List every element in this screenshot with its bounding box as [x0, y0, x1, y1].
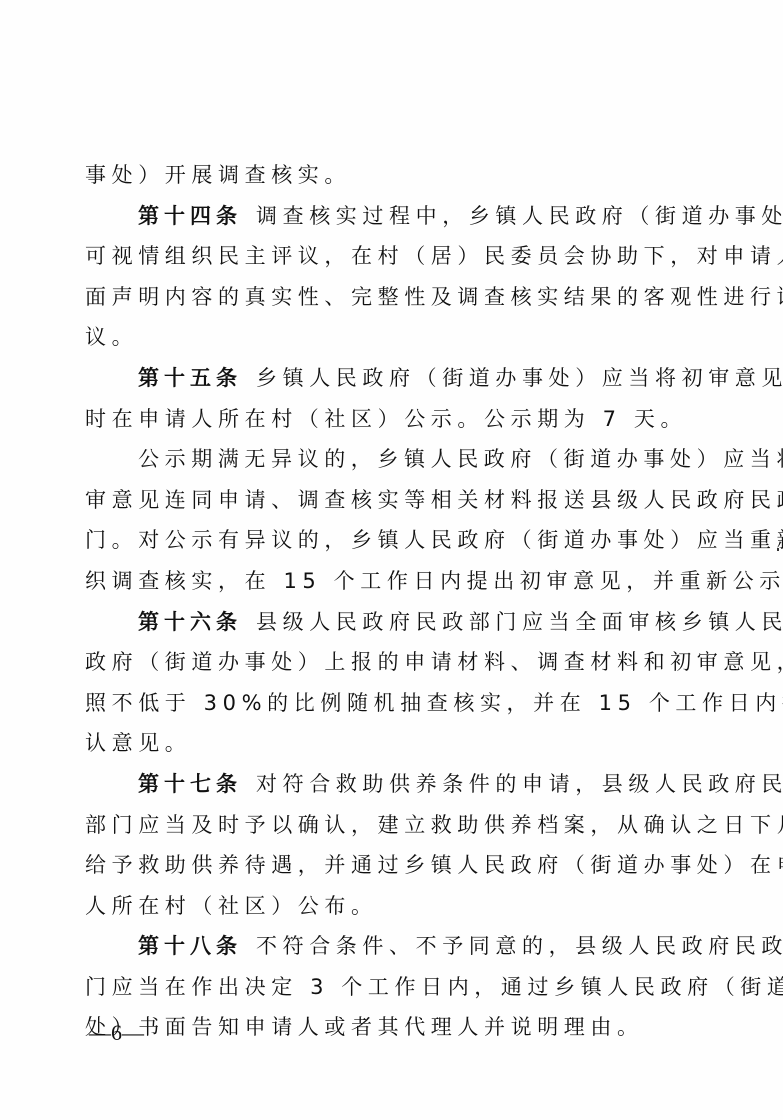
text-line: 可视情组织民主评议，在村（居）民委员会协助下，对申请人书	[85, 243, 685, 284]
paragraph-start-line: 公示期满无异议的，乡镇人民政府（街道办事处）应当将初	[85, 446, 685, 487]
document-body: 事处）开展调查核实。 第十四条调查核实过程中，乡镇人民政府（街道办事处） 可视情…	[85, 162, 685, 1055]
line-text: 县级人民政府民政部门应当全面审核乡镇人民	[256, 610, 783, 634]
line-text: 政府（街道办事处）上报的申请材料、调查材料和初审意见，按	[85, 650, 783, 674]
text-line: 事处）开展调查核实。	[85, 162, 685, 203]
line-text: 事处）开展调查核实。	[85, 163, 351, 187]
text-line: 时在申请人所在村（社区）公示。公示期为 7 天。	[85, 406, 685, 447]
line-text: 处）书面告知申请人或者其代理人并说明理由。	[85, 1015, 644, 1039]
text-line: 审意见连同申请、调查核实等相关材料报送县级人民政府民政部	[85, 487, 685, 528]
text-line: 面声明内容的真实性、完整性及调查核实结果的客观性进行评	[85, 284, 685, 325]
line-text: 照不低于 30%的比例随机抽查核实，并在 15 个工作日内提出确	[85, 691, 783, 715]
line-text: 时在申请人所在村（社区）公示。公示期为 7 天。	[85, 407, 687, 431]
text-line: 人所在村（社区）公布。	[85, 893, 685, 934]
text-line: 认意见。	[85, 730, 685, 771]
line-text: 不符合条件、不予同意的，县级人民政府民政部	[256, 934, 783, 958]
line-text: 可视情组织民主评议，在村（居）民委员会协助下，对申请人书	[85, 244, 783, 268]
text-line: 政府（街道办事处）上报的申请材料、调查材料和初审意见，按	[85, 649, 685, 690]
text-line: 门。对公示有异议的，乡镇人民政府（街道办事处）应当重新组	[85, 527, 685, 568]
line-text: 门应当在作出决定 3 个工作日内，通过乡镇人民政府（街道办事	[85, 975, 783, 999]
line-text: 议。	[85, 325, 138, 349]
article-number: 第十四条	[138, 204, 242, 228]
text-line: 门应当在作出决定 3 个工作日内，通过乡镇人民政府（街道办事	[85, 974, 685, 1015]
line-text: 审意见连同申请、调查核实等相关材料报送县级人民政府民政部	[85, 488, 783, 512]
scan-artifact	[777, 548, 779, 551]
text-line: 照不低于 30%的比例随机抽查核实，并在 15 个工作日内提出确	[85, 690, 685, 731]
line-text: 织调查核实，在 15 个工作日内提出初审意见，并重新公示。	[85, 569, 783, 593]
line-text: 对符合救助供养条件的申请，县级人民政府民政	[256, 772, 783, 796]
article-number: 第十六条	[138, 610, 242, 634]
article-17-heading-line: 第十七条对符合救助供养条件的申请，县级人民政府民政	[85, 771, 685, 812]
text-line: 部门应当及时予以确认，建立救助供养档案，从确认之日下月起	[85, 812, 685, 853]
text-line: 处）书面告知申请人或者其代理人并说明理由。	[85, 1014, 685, 1055]
text-line: 织调查核实，在 15 个工作日内提出初审意见，并重新公示。	[85, 568, 685, 609]
article-15-heading-line: 第十五条乡镇人民政府（街道办事处）应当将初审意见及	[85, 365, 685, 406]
line-text: 乡镇人民政府（街道办事处）应当将初审意见及	[256, 366, 783, 390]
document-page: 事处）开展调查核实。 第十四条调查核实过程中，乡镇人民政府（街道办事处） 可视情…	[0, 0, 783, 1120]
line-text: 给予救助供养待遇，并通过乡镇人民政府（街道办事处）在申请	[85, 853, 783, 877]
line-text: 调查核实过程中，乡镇人民政府（街道办事处）	[256, 204, 783, 228]
page-number: —6—	[89, 1020, 144, 1046]
line-text: 部门应当及时予以确认，建立救助供养档案，从确认之日下月起	[85, 813, 783, 837]
article-14-heading-line: 第十四条调查核实过程中，乡镇人民政府（街道办事处）	[85, 203, 685, 244]
text-line: 给予救助供养待遇，并通过乡镇人民政府（街道办事处）在申请	[85, 852, 685, 893]
article-number: 第十八条	[138, 934, 242, 958]
line-text: 人所在村（社区）公布。	[85, 894, 378, 918]
line-text: 认意见。	[85, 731, 191, 755]
line-text: 门。对公示有异议的，乡镇人民政府（街道办事处）应当重新组	[85, 528, 783, 552]
article-18-heading-line: 第十八条不符合条件、不予同意的，县级人民政府民政部	[85, 933, 685, 974]
text-line: 议。	[85, 324, 685, 365]
line-text: 公示期满无异议的，乡镇人民政府（街道办事处）应当将初	[138, 447, 783, 471]
article-16-heading-line: 第十六条县级人民政府民政部门应当全面审核乡镇人民	[85, 609, 685, 650]
line-text: 面声明内容的真实性、完整性及调查核实结果的客观性进行评	[85, 285, 783, 309]
article-number: 第十五条	[138, 366, 242, 390]
article-number: 第十七条	[138, 772, 242, 796]
